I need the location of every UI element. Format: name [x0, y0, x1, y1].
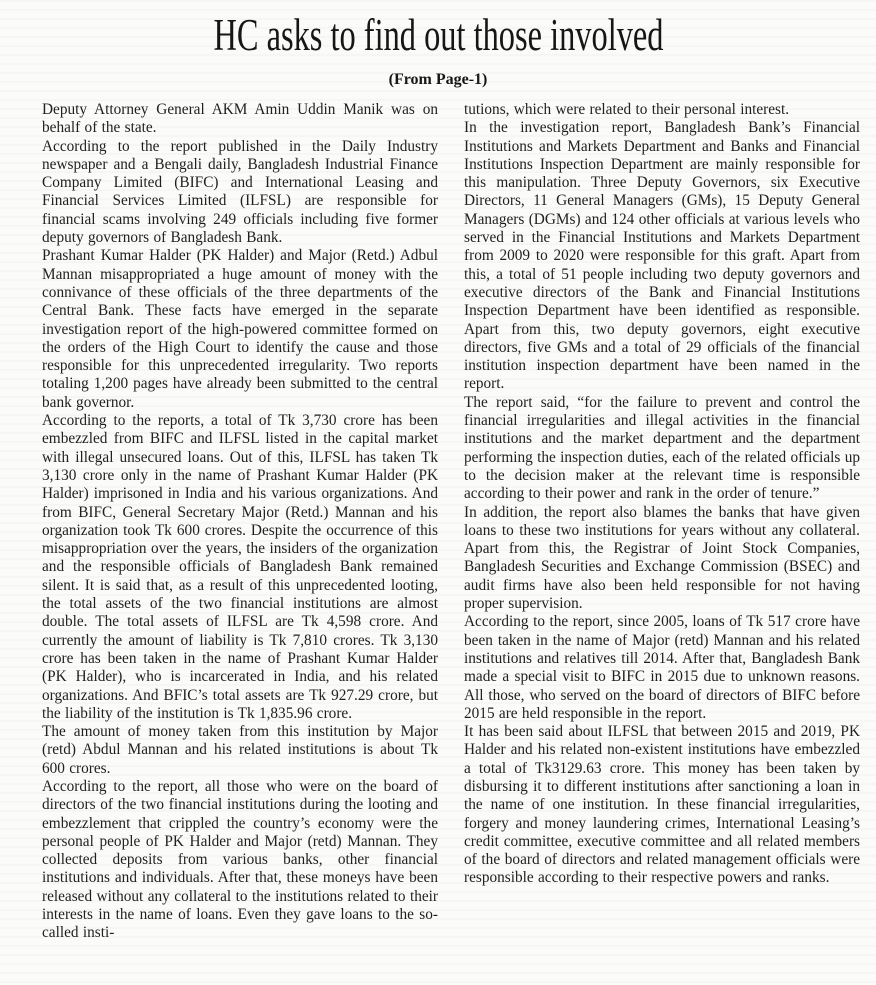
paragraph: According to the report published in the…	[42, 138, 438, 248]
paragraph: According to the reports, a total of Tk …	[42, 412, 438, 723]
paragraph: Prashant Kumar Halder (PK Halder) and Ma…	[42, 247, 438, 412]
article-column-right: tutions, which were related to their per…	[464, 101, 860, 943]
article-column-left: Deputy Attorney General AKM Amin Uddin M…	[42, 101, 438, 943]
article-headline-text: HC asks to find out those involved	[213, 10, 663, 60]
article-body: Deputy Attorney General AKM Amin Uddin M…	[42, 101, 856, 943]
paragraph: Deputy Attorney General AKM Amin Uddin M…	[42, 101, 438, 138]
paragraph: According to the report, all those who w…	[42, 778, 438, 943]
article-subtitle: (From Page-1)	[0, 71, 876, 89]
article-headline: HC asks to find out those involved	[0, 0, 876, 62]
newspaper-article-page: HC asks to find out those involved (From…	[0, 0, 876, 985]
paragraph: The report said, “for the failure to pre…	[464, 394, 860, 504]
paragraph: The amount of money taken from this inst…	[42, 723, 438, 778]
paragraph: According to the report, since 2005, loa…	[464, 613, 860, 723]
paragraph: In the investigation report, Bangladesh …	[464, 119, 860, 393]
paragraph: It has been said about ILFSL that betwee…	[464, 723, 860, 888]
paragraph: In addition, the report also blames the …	[464, 504, 860, 614]
paragraph: tutions, which were related to their per…	[464, 101, 860, 119]
